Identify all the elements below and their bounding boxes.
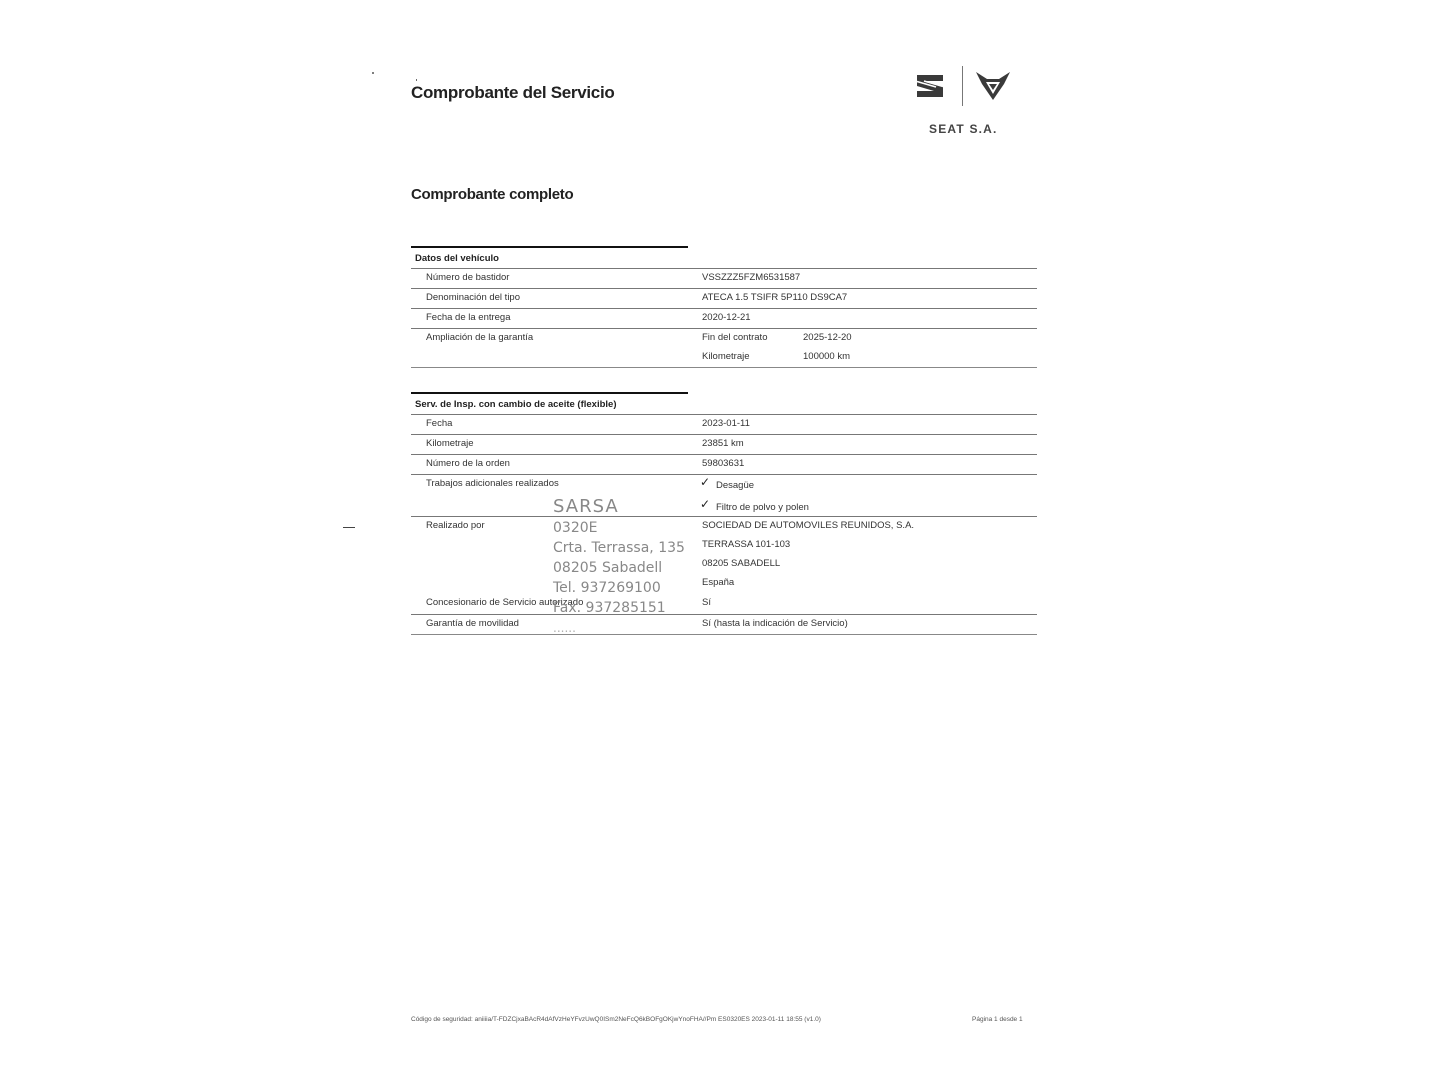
row-label: Número de bastidor bbox=[426, 272, 509, 283]
mobility-guarantee-value: Sí (hasta la indicación de Servicio) bbox=[702, 618, 848, 629]
row-label: Realizado por bbox=[426, 520, 485, 531]
vin-value: VSSZZZ5FZM6531587 bbox=[702, 272, 800, 283]
service-date-value: 2023-01-11 bbox=[702, 418, 750, 429]
row-label: Número de la orden bbox=[426, 458, 510, 469]
table-row: Fecha 2023-01-11 bbox=[411, 414, 1037, 435]
row-label: Ampliación de la garantía bbox=[426, 332, 533, 343]
checkmark-icon: ✓ bbox=[700, 475, 710, 489]
additional-work-item: Filtro de polvo y polen bbox=[716, 502, 809, 513]
table-row: Ampliación de la garantía Fin del contra… bbox=[411, 328, 1037, 367]
additional-work-item: Desagüe bbox=[716, 480, 754, 491]
section-rule bbox=[411, 246, 688, 248]
table-row: Número de bastidor VSSZZZ5FZM6531587 bbox=[411, 268, 1037, 289]
section-end-line bbox=[411, 634, 1037, 635]
row-label: Kilometraje bbox=[426, 438, 474, 449]
service-section: Serv. de Insp. con cambio de aceite (fle… bbox=[411, 392, 1037, 642]
table-row: Denominación del tipo ATECA 1.5 TSIFR 5P… bbox=[411, 288, 1037, 309]
dealer-name: SOCIEDAD DE AUTOMOVILES REUNIDOS, S.A. bbox=[702, 520, 914, 531]
table-row: Trabajos adicionales realizados ✓ Desagü… bbox=[411, 474, 1037, 517]
warranty-km-label: Kilometraje bbox=[702, 351, 750, 362]
vehicle-data-section: Datos del vehículo Número de bastidor VS… bbox=[411, 246, 1037, 371]
security-code: Código de seguridad: aniiiia/T-FDZCjxaBA… bbox=[411, 1016, 821, 1023]
stamp-line: 0320E bbox=[553, 518, 685, 538]
table-row: Garantía de movilidad Sí (hasta la indic… bbox=[411, 614, 1037, 635]
seat-s-logo-icon bbox=[914, 72, 946, 100]
type-value: ATECA 1.5 TSIFR 5P110 DS9CA7 bbox=[702, 292, 847, 303]
contract-end-label: Fin del contrato bbox=[702, 332, 767, 343]
dealer-street: TERRASSA 101-103 bbox=[702, 539, 790, 550]
table-row: Fecha de la entrega 2020-12-21 bbox=[411, 308, 1037, 329]
row-label: Denominación del tipo bbox=[426, 292, 520, 303]
row-label: Garantía de movilidad bbox=[426, 618, 519, 629]
stamp-line: Tel. 937269100 bbox=[553, 578, 685, 598]
section-rule bbox=[411, 392, 688, 394]
service-heading: Serv. de Insp. con cambio de aceite (fle… bbox=[415, 399, 617, 410]
table-row: Número de la orden 59803631 bbox=[411, 454, 1037, 475]
stamp-line: Crta. Terrassa, 135 bbox=[553, 538, 685, 558]
logo-separator bbox=[962, 66, 963, 106]
service-km-value: 23851 km bbox=[702, 438, 744, 449]
document-title: Comprobante del Servicio bbox=[411, 83, 614, 103]
table-row: Realizado por SOCIEDAD DE AUTOMOVILES RE… bbox=[411, 516, 1037, 615]
row-label: Fecha bbox=[426, 418, 452, 429]
scan-mark bbox=[343, 527, 355, 528]
dealer-stamp: SARSA 0320E Crta. Terrassa, 135 08205 Sa… bbox=[553, 496, 685, 638]
contract-end-value: 2025-12-20 bbox=[803, 332, 852, 343]
stamp-name: SARSA bbox=[553, 496, 685, 518]
checkmark-icon: ✓ bbox=[700, 497, 710, 511]
table-row: Kilometraje 23851 km bbox=[411, 434, 1037, 455]
delivery-date-value: 2020-12-21 bbox=[702, 312, 751, 323]
scan-speck bbox=[416, 79, 417, 81]
page-number: Página 1 desde 1 bbox=[972, 1016, 1023, 1023]
document-subtitle: Comprobante completo bbox=[411, 186, 573, 203]
row-label: Fecha de la entrega bbox=[426, 312, 511, 323]
order-number-value: 59803631 bbox=[702, 458, 744, 469]
stamp-line: Fax. 937285151 bbox=[553, 598, 685, 618]
vehicle-data-heading: Datos del vehículo bbox=[415, 253, 499, 264]
cupra-logo-icon bbox=[974, 70, 1012, 102]
warranty-km-value: 100000 km bbox=[803, 351, 850, 362]
stamp-line: ...... bbox=[553, 618, 685, 638]
brand-logo: SEAT S.A. bbox=[912, 64, 1016, 140]
scan-speck bbox=[372, 72, 374, 74]
section-end-line bbox=[411, 367, 1037, 368]
company-name: SEAT S.A. bbox=[929, 122, 998, 136]
dealer-country: España bbox=[702, 577, 734, 588]
stamp-line: 08205 Sabadell bbox=[553, 558, 685, 578]
service-receipt-page: Comprobante del Servicio Comprobante com… bbox=[0, 0, 1440, 1080]
row-label: Trabajos adicionales realizados bbox=[426, 478, 559, 489]
authorized-dealer-value: Sí bbox=[702, 597, 711, 608]
dealer-city: 08205 SABADELL bbox=[702, 558, 780, 569]
